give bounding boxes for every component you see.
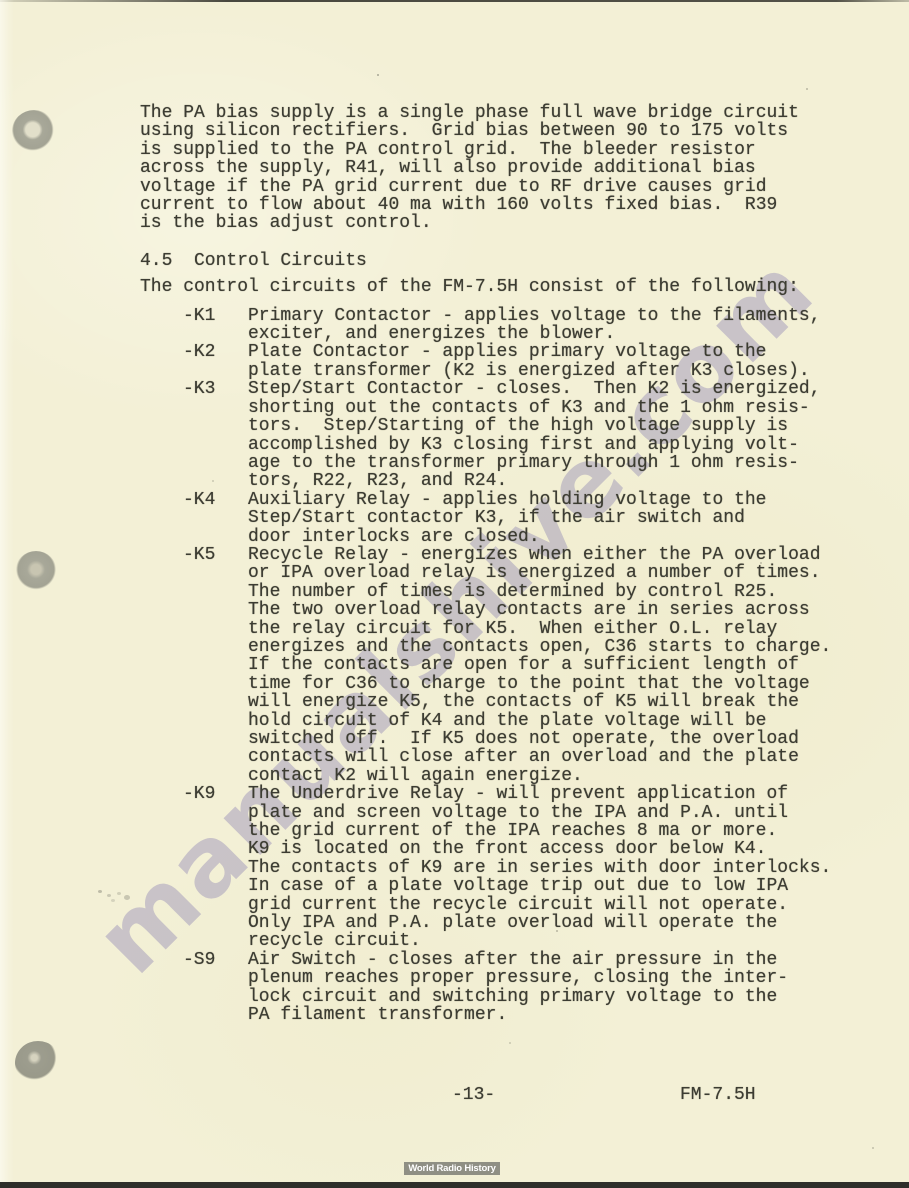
- scan-edge-top: [0, 0, 909, 2]
- control-circuits-list: -K1 Primary Contactor - applies voltage …: [140, 307, 860, 1025]
- scan-edge-bottom: [0, 1182, 909, 1188]
- control-item-label: -K1: [140, 307, 248, 344]
- control-item-k1: -K1 Primary Contactor - applies voltage …: [140, 307, 860, 344]
- control-circuits-intro: The control circuits of the FM-7.5H cons…: [140, 278, 860, 296]
- control-item-k4: -K4 Auxiliary Relay - applies holding vo…: [140, 491, 860, 546]
- control-item-text: Step/Start Contactor - closes. Then K2 i…: [248, 380, 821, 490]
- control-item-text: Plate Contactor - applies primary voltag…: [248, 343, 810, 380]
- document-model-number: FM-7.5H: [680, 1085, 756, 1105]
- control-item-text: The Underdrive Relay - will prevent appl…: [248, 785, 831, 951]
- control-item-label: -K4: [140, 491, 248, 546]
- control-item-label: -K9: [140, 785, 248, 951]
- punch-hole-middle: [15, 551, 57, 592]
- bias-supply-paragraph: The PA bias supply is a single phase ful…: [140, 104, 860, 233]
- control-item-label: -K5: [140, 546, 248, 785]
- control-item-k9: -K9 The Underdrive Relay - will prevent …: [140, 785, 860, 951]
- scan-speckles: [0, 0, 2, 2]
- control-item-k2: -K2 Plate Contactor - applies primary vo…: [140, 343, 860, 380]
- page-number: -13-: [452, 1085, 495, 1105]
- control-item-label: -K2: [140, 343, 248, 380]
- control-item-label: -K3: [140, 380, 248, 490]
- punch-hole-top: [12, 110, 56, 152]
- punch-hole-bottom: [15, 1041, 61, 1085]
- page-left-edge: [0, 0, 14, 1188]
- control-item-text: Primary Contactor - applies voltage to t…: [248, 307, 821, 344]
- pencil-smudge: [98, 890, 102, 893]
- control-item-text: Auxiliary Relay - applies holding voltag…: [248, 491, 766, 546]
- control-item-s9: -S9 Air Switch - closes after the air pr…: [140, 951, 860, 1025]
- control-item-label: -S9: [140, 951, 248, 1025]
- scanned-manual-page: manualshive.com The PA bias supply is a …: [0, 0, 909, 1188]
- control-item-text: Recycle Relay - energizes when either th…: [248, 546, 831, 785]
- control-item-k5: -K5 Recycle Relay - energizes when eithe…: [140, 546, 860, 785]
- world-radio-history-stamp: World Radio History: [404, 1162, 500, 1175]
- control-item-text: Air Switch - closes after the air pressu…: [248, 951, 788, 1025]
- section-heading: 4.5 Control Circuits: [140, 252, 860, 270]
- page-content: The PA bias supply is a single phase ful…: [140, 104, 860, 1025]
- control-item-k3: -K3 Step/Start Contactor - closes. Then …: [140, 380, 860, 490]
